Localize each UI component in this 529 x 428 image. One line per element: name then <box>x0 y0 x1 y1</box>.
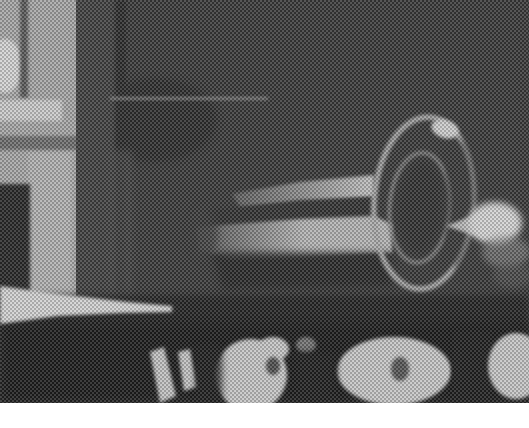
wall-cross-band <box>0 100 62 121</box>
wall-shadow-band <box>0 136 78 150</box>
beam-edge-line <box>110 97 268 100</box>
photo-scene <box>0 0 529 403</box>
ground-light-patch-dim <box>296 337 316 353</box>
funnel-bell-opening <box>190 206 218 260</box>
patch-dark-notch <box>266 357 280 375</box>
patch-dark-notch <box>391 357 409 381</box>
paper-margin <box>0 403 529 428</box>
halftone-photo <box>0 0 529 403</box>
dark-leg-shadow <box>196 345 222 403</box>
dark-leg-shadow <box>452 330 492 403</box>
funnel-under-shadow <box>212 252 392 289</box>
wall-seam-line <box>20 0 28 98</box>
dark-leg-shadow <box>296 352 336 403</box>
printed-page <box>0 0 529 428</box>
wall-lower-panel <box>28 152 72 308</box>
divider-light-strip <box>108 150 133 308</box>
